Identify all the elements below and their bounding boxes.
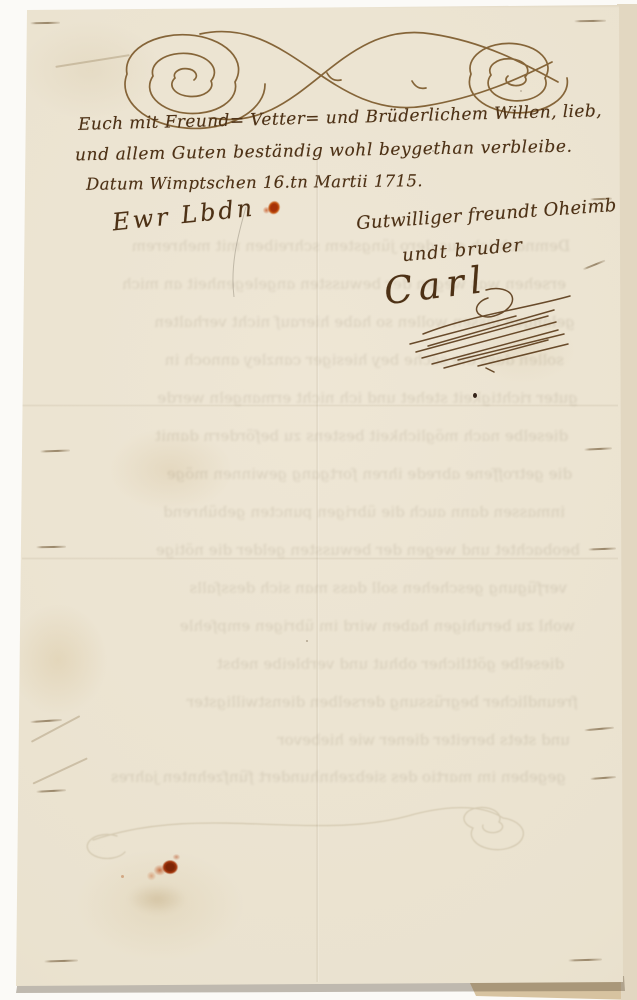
margin-tick: [584, 447, 612, 450]
wax-stain-small: [260, 196, 284, 221]
showthrough-line: und stets bereiter diener wie hiebevor: [49, 731, 572, 749]
wax-stain-halo: [128, 884, 186, 914]
showthrough-line: wohl zu beruhigen haben wird im übrigen …: [54, 617, 577, 635]
showthrough-line: dieselbe göttlicher obhut und verbleibe …: [43, 655, 566, 673]
ink-speck: [306, 640, 308, 642]
showthrough-line: verfügung geschehen soll dass man sich d…: [46, 579, 569, 597]
wax-speckle: [121, 875, 124, 878]
margin-tick: [584, 727, 614, 732]
manuscript-page: Demnach ich aus dero jüngstem schreiben …: [0, 0, 637, 1000]
margin-tick: [582, 260, 605, 271]
margin-tick: [588, 548, 616, 551]
margin-tick: [30, 22, 60, 25]
letter-dateline: Datum Wimptschen 16.tn Martii 1715.: [86, 171, 423, 194]
showthrough-line: dieselbe nach möglichkeit bestens zu bef…: [47, 427, 570, 445]
ink-speck: [473, 393, 477, 398]
signature-paraph: [398, 256, 583, 374]
ink-speck: [432, 150, 434, 152]
manuscript-scan: Demnach ich aus dero jüngstem schreiben …: [0, 0, 637, 1000]
showthrough-line: inmassen dann auch die übrigen puncten g…: [44, 503, 567, 521]
margin-tick: [568, 958, 602, 961]
fold-crease-horizontal: [22, 404, 618, 407]
margin-tick: [590, 776, 616, 780]
letter-closing-line-1: Gutwilliger freundt Oheimb: [356, 195, 618, 234]
letter-body-line-2: und allem Guten beständig wohl beygethan…: [75, 137, 573, 166]
margin-tick: [30, 719, 62, 723]
showthrough-line: die getroffene abrede ihren fortgang gew…: [51, 465, 574, 483]
margin-tick: [574, 20, 606, 23]
fold-crease-vertical: [316, 160, 319, 982]
margin-tick: [36, 789, 66, 793]
ink-speck: [520, 90, 522, 92]
fold-crease-horizontal: [22, 557, 618, 560]
pencil-crease-mark: [228, 205, 252, 300]
margin-tick: [40, 449, 70, 452]
margin-tick: [44, 959, 78, 962]
